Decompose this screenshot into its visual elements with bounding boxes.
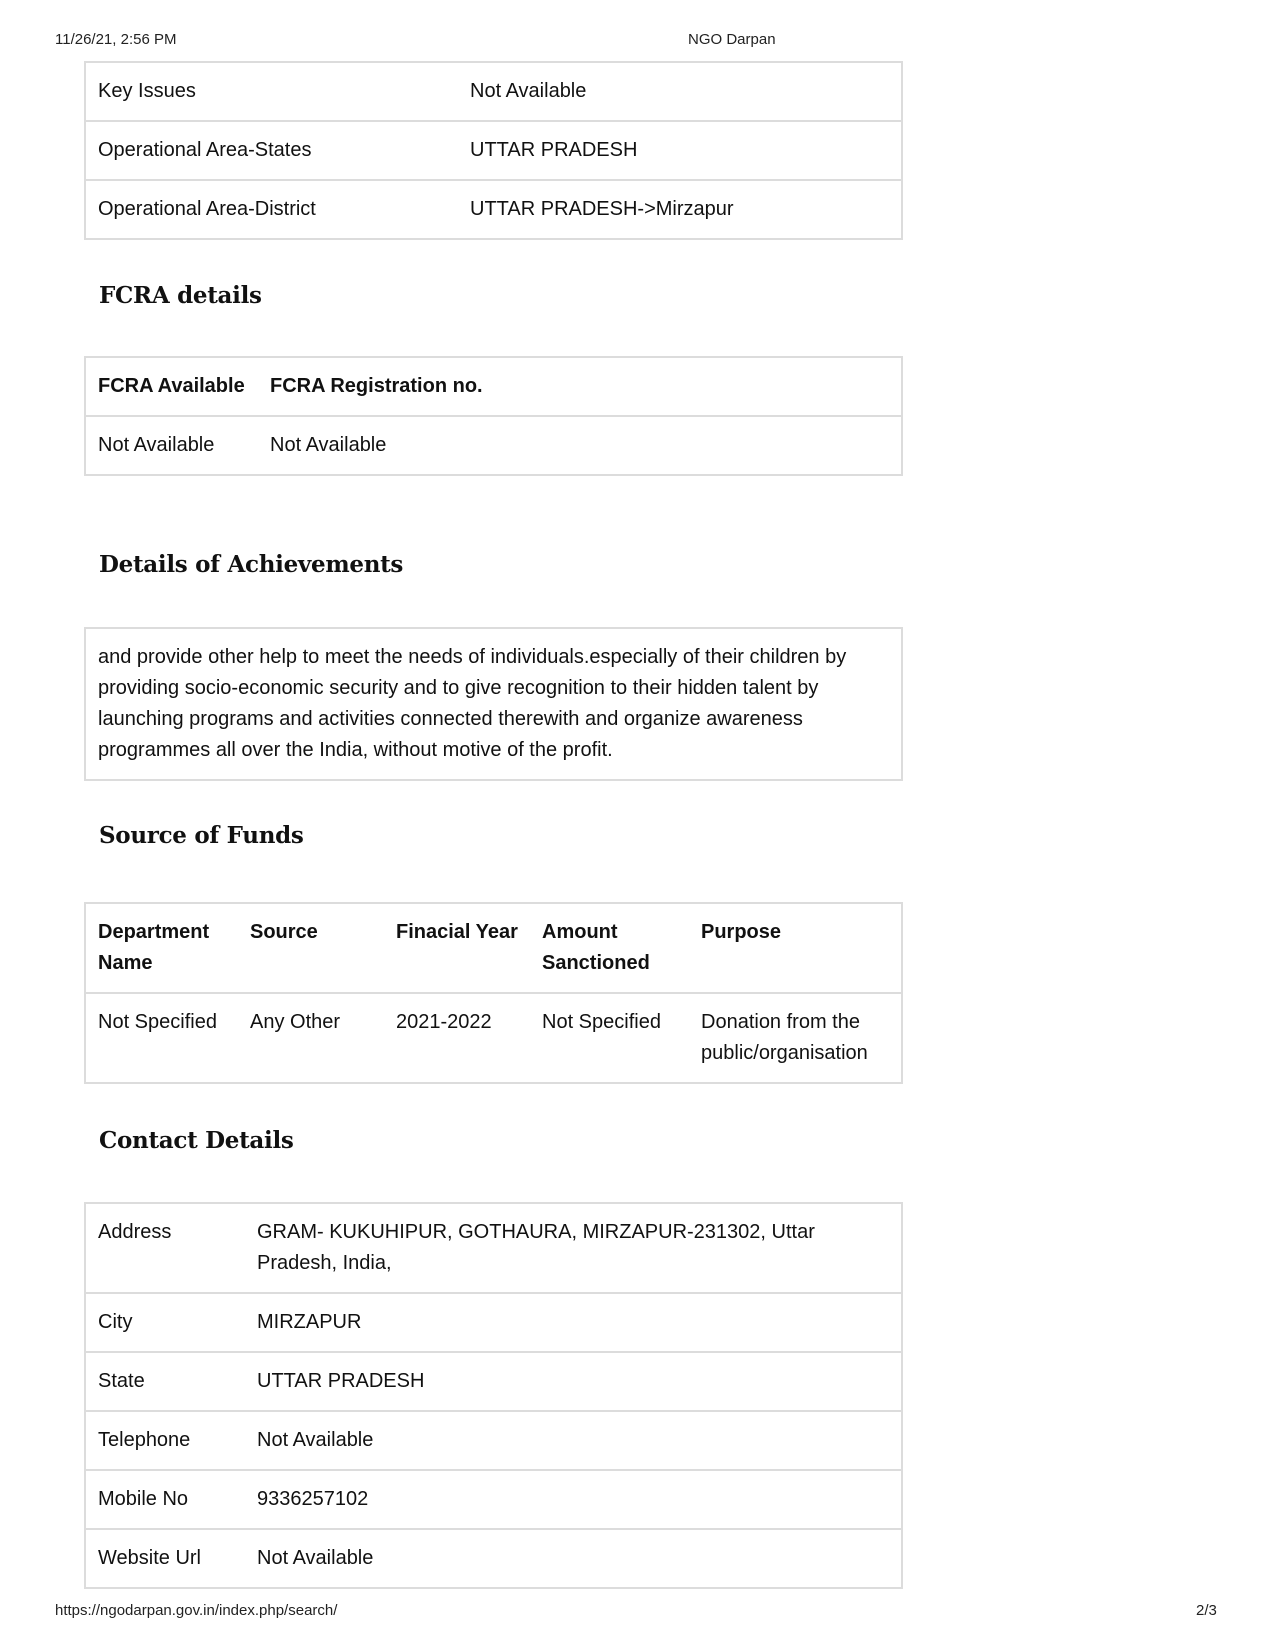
row-value: UTTAR PRADESH (458, 121, 901, 180)
table-row: Address GRAM- KUKUHIPUR, GOTHAURA, MIRZA… (86, 1204, 901, 1293)
achievements-heading: Details of Achievements (99, 551, 403, 578)
print-header-title: NGO Darpan (688, 31, 776, 48)
table-row: Not Available Not Available (86, 416, 901, 474)
table-cell: Not Available (258, 416, 901, 474)
table-cell: Donation from the public/organisation (689, 993, 901, 1082)
table-cell: Not Available (86, 416, 258, 474)
contact-heading: Contact Details (99, 1127, 294, 1154)
row-value: UTTAR PRADESH->Mirzapur (458, 180, 901, 238)
column-header: FCRA Registration no. (258, 358, 901, 416)
table-header-row: Department Name Source Finacial Year Amo… (86, 904, 901, 993)
table-cell: Not Specified (86, 993, 238, 1082)
print-footer-url: https://ngodarpan.gov.in/index.php/searc… (55, 1602, 337, 1619)
table-row: State UTTAR PRADESH (86, 1352, 901, 1411)
row-value: Not Available (245, 1411, 901, 1470)
table-header-row: FCRA Available FCRA Registration no. (86, 358, 901, 416)
print-header-datetime: 11/26/21, 2:56 PM (55, 31, 176, 48)
fcra-heading: FCRA details (99, 282, 262, 309)
table-row: Operational Area-District UTTAR PRADESH-… (86, 180, 901, 238)
row-label: Website Url (86, 1529, 245, 1587)
overview-table: Key Issues Not Available Operational Are… (84, 61, 903, 240)
funds-heading: Source of Funds (99, 822, 304, 849)
contact-table: Address GRAM- KUKUHIPUR, GOTHAURA, MIRZA… (84, 1202, 903, 1589)
table-row: Telephone Not Available (86, 1411, 901, 1470)
table-row: Operational Area-States UTTAR PRADESH (86, 121, 901, 180)
row-label: City (86, 1293, 245, 1352)
print-footer-page-number: 2/3 (1196, 1602, 1217, 1619)
funds-table: Department Name Source Finacial Year Amo… (84, 902, 903, 1084)
row-label: Operational Area-States (86, 121, 458, 180)
table-cell: 2021-2022 (384, 993, 530, 1082)
row-label: Key Issues (86, 63, 458, 121)
row-label: Mobile No (86, 1470, 245, 1529)
column-header: Source (238, 904, 384, 993)
column-header: FCRA Available (86, 358, 258, 416)
row-label: Operational Area-District (86, 180, 458, 238)
table-row: Key Issues Not Available (86, 63, 901, 121)
column-header: Department Name (86, 904, 238, 993)
row-value: UTTAR PRADESH (245, 1352, 901, 1411)
fcra-table: FCRA Available FCRA Registration no. Not… (84, 356, 903, 476)
row-value: 9336257102 (245, 1470, 901, 1529)
row-value: Not Available (245, 1529, 901, 1587)
column-header: Finacial Year (384, 904, 530, 993)
row-value: MIRZAPUR (245, 1293, 901, 1352)
table-cell: Any Other (238, 993, 384, 1082)
achievements-text: and provide other help to meet the needs… (84, 627, 903, 781)
column-header: Amount Sanctioned (530, 904, 689, 993)
row-value: GRAM- KUKUHIPUR, GOTHAURA, MIRZAPUR-2313… (245, 1204, 901, 1293)
row-label: State (86, 1352, 245, 1411)
table-row: City MIRZAPUR (86, 1293, 901, 1352)
table-row: Not Specified Any Other 2021-2022 Not Sp… (86, 993, 901, 1082)
table-row: Website Url Not Available (86, 1529, 901, 1587)
row-label: Address (86, 1204, 245, 1293)
row-value: Not Available (458, 63, 901, 121)
table-row: Mobile No 9336257102 (86, 1470, 901, 1529)
table-cell: Not Specified (530, 993, 689, 1082)
column-header: Purpose (689, 904, 901, 993)
row-label: Telephone (86, 1411, 245, 1470)
